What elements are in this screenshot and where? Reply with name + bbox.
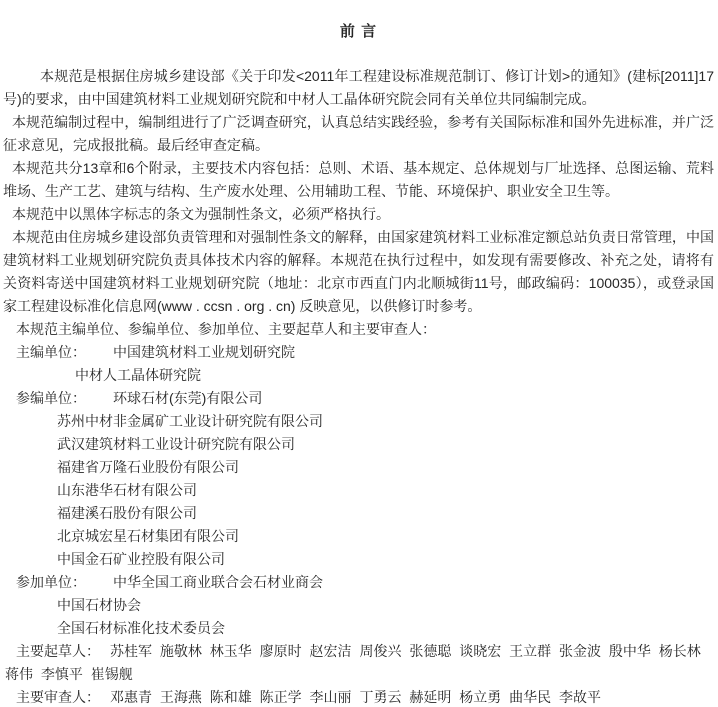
drafters-names: 苏桂军 施敬林 林玉华 廖原时 赵宏洁 周俊兴 张德聪 谈晓宏 王立群 张金波 … (110, 640, 714, 663)
participating-org: 全国石材标准化技术委员会 (3, 617, 714, 640)
units-intro-line: 本规范主编单位、参编单位、参加单位、主要起草人和主要审查人： (3, 318, 714, 341)
participating-units-line: 参加单位： 中华全国工商业联合会石材业商会 (3, 571, 714, 594)
co-editors-label: 参编单位： (16, 387, 113, 410)
co-editor-org: 福建溪石股份有限公司 (3, 502, 714, 525)
chief-editor-org: 中材人工晶体研究院 (3, 364, 714, 387)
paragraph-process: 本规范编制过程中，编制组进行了广泛调查研究，认真总结实践经验，参考有关国际标准和… (3, 111, 714, 157)
co-editor-org: 北京城宏星石材集团有限公司 (3, 525, 714, 548)
paragraph-basis: 本规范是根据住房城乡建设部《关于印发<2011年工程建设标准规范制订、修订计划>… (3, 65, 714, 111)
reviewers-line: 主要审查人： 邓惠青 王海燕 陈和雄 陈正学 李山丽 丁勇云 赫延明 杨立勇 曲… (3, 686, 714, 707)
paragraph-management-feedback: 本规范由住房城乡建设部负责管理和对强制性条文的解释，由国家建筑材料工业标准定额总… (3, 226, 714, 318)
chief-editor-line: 主编单位： 中国建筑材料工业规划研究院 (3, 341, 714, 364)
drafters-label: 主要起草人： (16, 640, 110, 663)
document-page: 前 言 本规范是根据住房城乡建设部《关于印发<2011年工程建设标准规范制订、修… (0, 0, 718, 707)
co-editor-org: 环球石材(东莞)有限公司 (113, 387, 714, 410)
participating-units-label: 参加单位： (16, 571, 113, 594)
reviewers-label: 主要审查人： (16, 686, 110, 707)
reviewers-names: 邓惠青 王海燕 陈和雄 陈正学 李山丽 丁勇云 赫延明 杨立勇 曲华民 李故平 (110, 686, 714, 707)
co-editor-org: 山东港华石材有限公司 (3, 479, 714, 502)
participating-org: 中华全国工商业联合会石材业商会 (113, 571, 714, 594)
drafters-line: 主要起草人： 苏桂军 施敬林 林玉华 廖原时 赵宏洁 周俊兴 张德聪 谈晓宏 王… (3, 640, 714, 663)
chief-editor-org: 中国建筑材料工业规划研究院 (113, 341, 714, 364)
paragraph-contents: 本规范共分13章和6个附录，主要技术内容包括：总则、术语、基本规定、总体规划与厂… (3, 157, 714, 203)
drafters-names-continued: 蒋伟 李慎平 崔锡舰 (3, 663, 714, 686)
co-editor-org: 中国金石矿业控股有限公司 (3, 548, 714, 571)
co-editor-org: 福建省万隆石业股份有限公司 (3, 456, 714, 479)
paragraph-mandatory-clauses: 本规范中以黑体字标志的条文为强制性条文，必须严格执行。 (3, 203, 714, 226)
co-editor-org: 苏州中材非金属矿工业设计研究院有限公司 (3, 410, 714, 433)
co-editors-line: 参编单位： 环球石材(东莞)有限公司 (3, 387, 714, 410)
chief-editor-label: 主编单位： (16, 341, 113, 364)
co-editor-org: 武汉建筑材料工业设计研究院有限公司 (3, 433, 714, 456)
participating-org: 中国石材协会 (3, 594, 714, 617)
page-title: 前 言 (3, 20, 714, 43)
